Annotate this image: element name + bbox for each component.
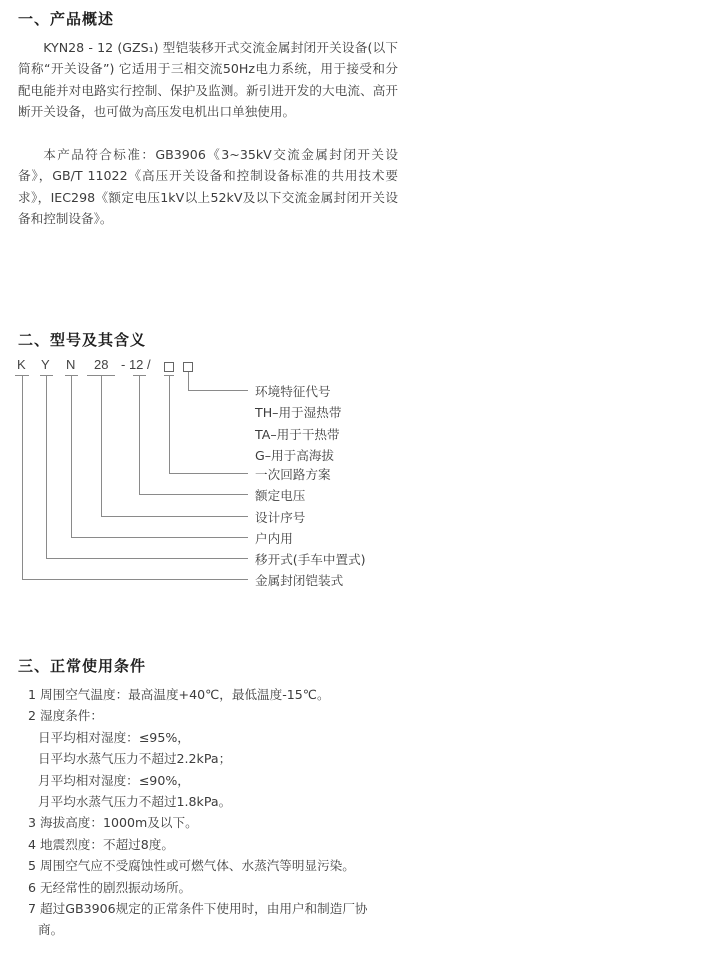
condition-item: 7 超过GB3906规定的正常条件下使用时，由用户和制造厂协 xyxy=(28,898,408,919)
label-primary-circuit: 一次回路方案 xyxy=(255,464,331,483)
condition-item: 6 无经常性的剧烈振动场所。 xyxy=(28,877,408,898)
code-n: N xyxy=(66,357,75,372)
label-metal-clad: 金属封闭铠装式 xyxy=(255,570,343,589)
section-heading-conditions: 三、正常使用条件 xyxy=(18,655,146,676)
code-k: K xyxy=(17,357,26,372)
overview-paragraph: KYN28 - 12 (GZS₁) 型铠装移开式交流金属封闭开关设备(以下简称“… xyxy=(18,37,398,123)
placeholder-box-1 xyxy=(164,362,174,372)
condition-item: 4 地震烈度：不超过8度。 xyxy=(28,834,408,855)
section-heading-model-meaning: 二、型号及其含义 xyxy=(18,329,146,350)
placeholder-box-2 xyxy=(183,362,193,372)
condition-item: 2 湿度条件： xyxy=(28,705,408,726)
code-12: - 12 / xyxy=(121,357,151,372)
condition-subitem: 日平均水蒸气压力不超过2.2kPa； xyxy=(28,748,408,769)
code-y: Y xyxy=(41,357,50,372)
condition-item: 3 海拔高度：1000m及以下。 xyxy=(28,812,408,833)
label-indoor: 户内用 xyxy=(255,528,293,547)
condition-item: 5 周围空气应不受腐蚀性或可燃气体、水蒸汽等明显污染。 xyxy=(28,855,408,876)
label-th: TH–用于湿热带 xyxy=(255,402,341,421)
label-rated-voltage: 额定电压 xyxy=(255,485,305,504)
code-28: 28 xyxy=(94,357,108,372)
section-heading-overview: 一、产品概述 xyxy=(18,8,114,29)
label-env-code: 环境特征代号 xyxy=(255,381,331,400)
label-g: G–用于高海拔 xyxy=(255,445,334,464)
condition-subitem: 日平均相对湿度：≤95%， xyxy=(28,727,408,748)
label-ta: TA–用于干热带 xyxy=(255,424,340,443)
conditions-list: 1 周围空气温度：最高温度+40℃，最低温度-15℃。 2 湿度条件： 日平均相… xyxy=(28,684,408,941)
condition-subitem: 月平均相对湿度：≤90%， xyxy=(28,770,408,791)
condition-item-continuation: 商。 xyxy=(28,919,408,940)
model-code-diagram: K Y N 28 - 12 / 环境特征代号 TH–用于湿热带 TA–用于干热带… xyxy=(0,358,420,598)
condition-subitem: 月平均水蒸气压力不超过1.8kPa。 xyxy=(28,791,408,812)
condition-item: 1 周围空气温度：最高温度+40℃，最低温度-15℃。 xyxy=(28,684,408,705)
label-design-serial: 设计序号 xyxy=(255,507,305,526)
label-withdrawable: 移开式(手车中置式) xyxy=(255,549,366,568)
standards-paragraph: 本产品符合标准：GB3906《3~35kV交流金属封闭开关设备》，GB/T 11… xyxy=(18,144,398,230)
